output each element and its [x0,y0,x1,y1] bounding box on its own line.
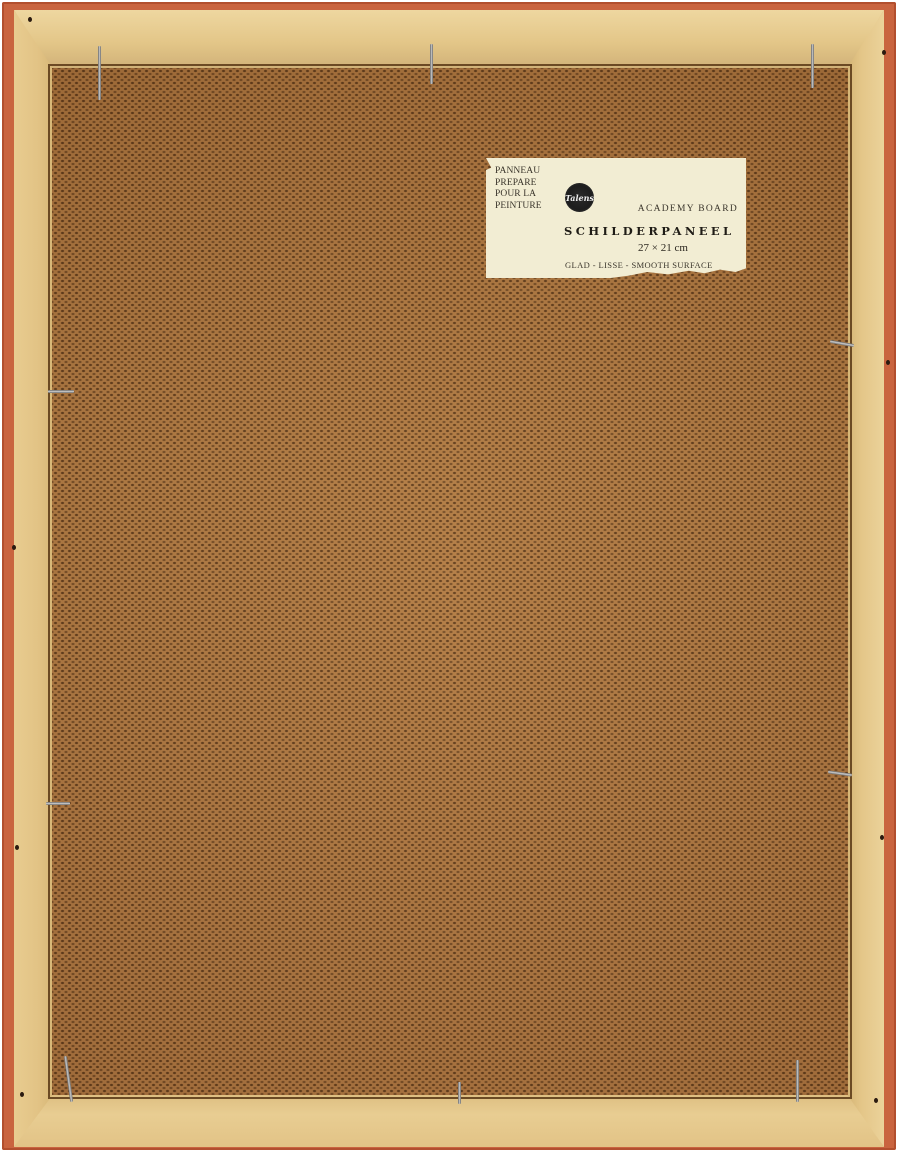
wormhole [28,17,32,22]
brand-logo-text: Talens [565,193,594,203]
frame-rail-top [14,10,884,70]
wormhole [15,845,19,850]
picture-frame: PANNEAU PREPARE POUR LA PEINTURE Talens … [0,0,900,1155]
nail-icon [48,390,74,393]
brand-logo-icon: Talens [565,183,594,212]
wormhole [886,360,890,365]
label-brand: ACADEMY BOARD [638,204,738,214]
nail-icon [46,802,70,805]
academy-board-label: PANNEAU PREPARE POUR LA PEINTURE Talens … [486,158,746,278]
wormhole [882,50,886,55]
frame-rail-bottom [14,1093,884,1147]
wormhole [12,545,16,550]
frame-rail-left [14,10,54,1147]
label-surface: GLAD - LISSE - SMOOTH SURFACE [565,260,713,270]
nail-icon [811,44,814,88]
label-title: SCHILDERPANEEL [564,224,735,238]
wormhole [880,835,884,840]
frame-rail-right [846,10,884,1147]
nail-icon [430,44,433,84]
nail-icon [458,1082,461,1104]
nail-icon [796,1060,799,1102]
wormhole [20,1092,24,1097]
wormhole [874,1098,878,1103]
nail-icon [98,46,101,100]
label-size: 27 × 21 cm [638,242,688,254]
label-side-text: PANNEAU PREPARE POUR LA PEINTURE [495,166,542,212]
